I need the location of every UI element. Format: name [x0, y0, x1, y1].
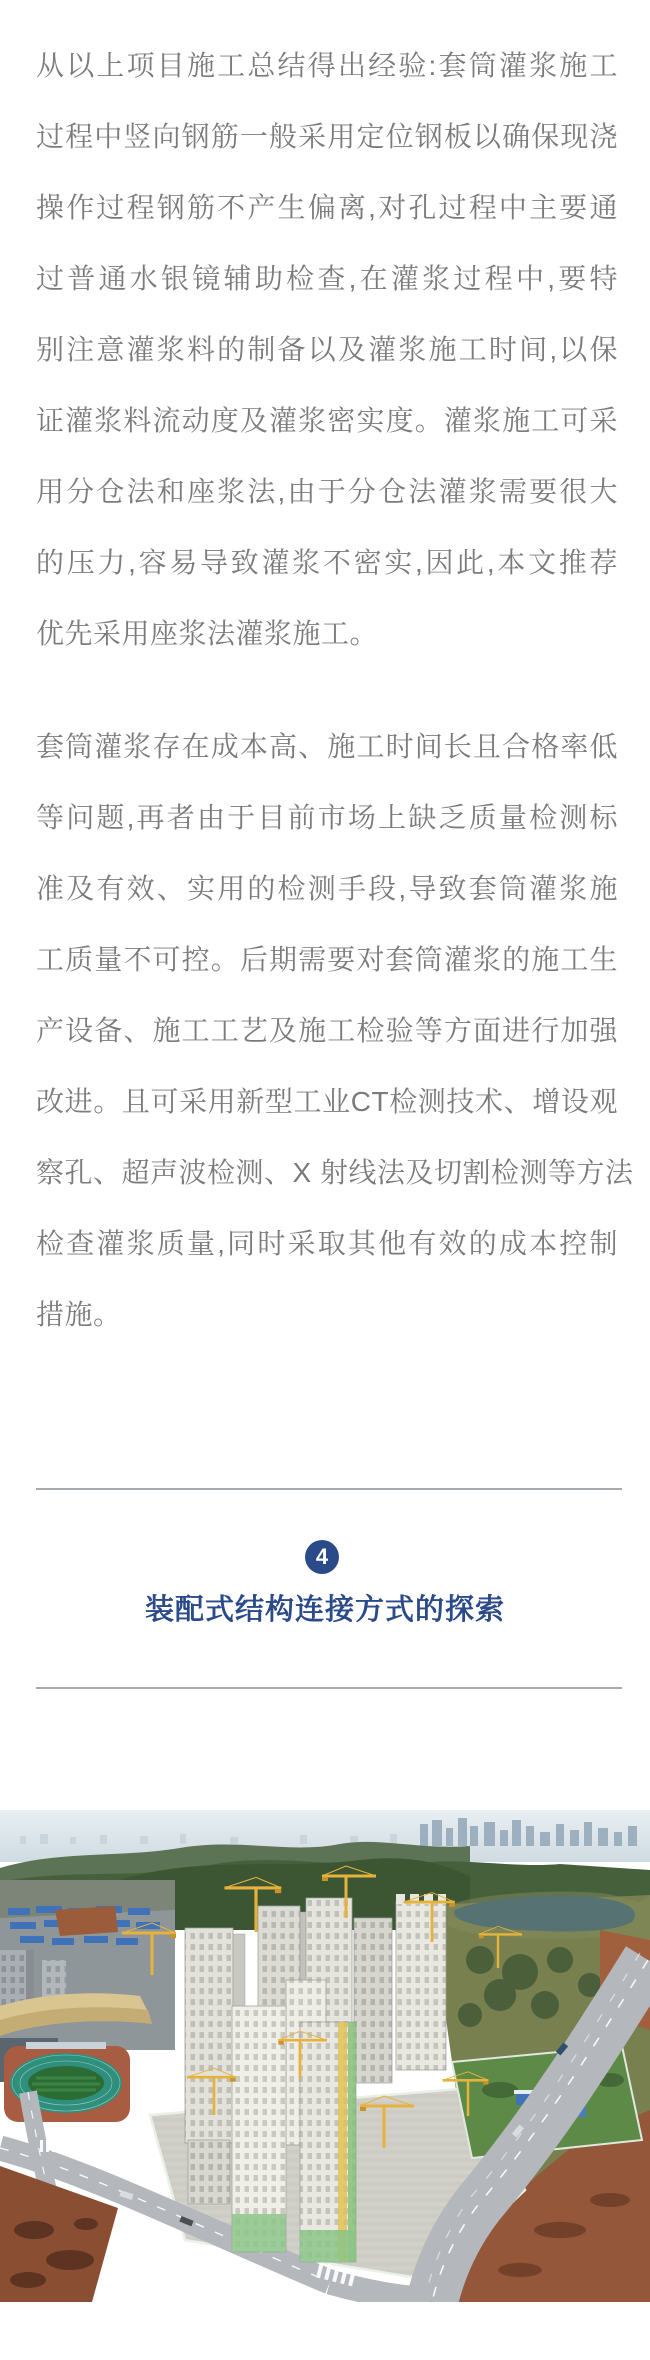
section-number-badge: 4: [305, 1540, 339, 1574]
construction-aerial-photo[interactable]: [0, 1810, 650, 2302]
text-line: 措施。: [36, 1279, 618, 1350]
text-line: 过程中竖向钢筋一般采用定位钢板以确保现浇: [36, 101, 618, 172]
text-line: 等问题,再者由于目前市场上缺乏质量检测标: [36, 782, 618, 853]
section-divider-top: [36, 1488, 622, 1490]
text-line: 证灌浆料流动度及灌浆密实度。灌浆施工可采: [36, 385, 618, 456]
paragraph-grouting-experience: 从以上项目施工总结得出经验:套筒灌浆施工 过程中竖向钢筋一般采用定位钢板以确保现…: [36, 30, 618, 669]
text-line: 的压力,容易导致灌浆不密实,因此,本文推荐: [36, 527, 618, 598]
text-line: 产设备、施工工艺及施工检验等方面进行加强: [36, 995, 618, 1066]
text-line: 套筒灌浆存在成本高、施工时间长且合格率低: [36, 711, 618, 782]
text-line: 检查灌浆质量,同时采取其他有效的成本控制: [36, 1208, 618, 1279]
article-page: 从以上项目施工总结得出经验:套筒灌浆施工 过程中竖向钢筋一般采用定位钢板以确保现…: [0, 0, 650, 2360]
text-line: 察孔、超声波检测、X 射线法及切割检测等方法: [36, 1137, 618, 1208]
text-line: 操作过程钢筋不产生偏离,对孔过程中主要通: [36, 172, 618, 243]
section-title: 装配式结构连接方式的探索: [0, 1593, 650, 1627]
text-line: 从以上项目施工总结得出经验:套筒灌浆施工: [36, 30, 618, 101]
text-line: 过普通水银镜辅助检查,在灌浆过程中,要特: [36, 243, 618, 314]
text-line: 改进。且可采用新型工业CT检测技术、增设观: [36, 1066, 618, 1137]
text-line: 别注意灌浆料的制备以及灌浆施工时间,以保: [36, 314, 618, 385]
paragraph-grouting-problems: 套筒灌浆存在成本高、施工时间长且合格率低 等问题,再者由于目前市场上缺乏质量检测…: [36, 711, 618, 1350]
text-line: 用分仓法和座浆法,由于分仓法灌浆需要很大: [36, 456, 618, 527]
text-line: 优先采用座浆法灌浆施工。: [36, 598, 618, 669]
text-line: 工质量不可控。后期需要对套筒灌浆的施工生: [36, 924, 618, 995]
text-line: 准及有效、实用的检测手段,导致套筒灌浆施: [36, 853, 618, 924]
section-divider-bottom: [36, 1687, 622, 1689]
